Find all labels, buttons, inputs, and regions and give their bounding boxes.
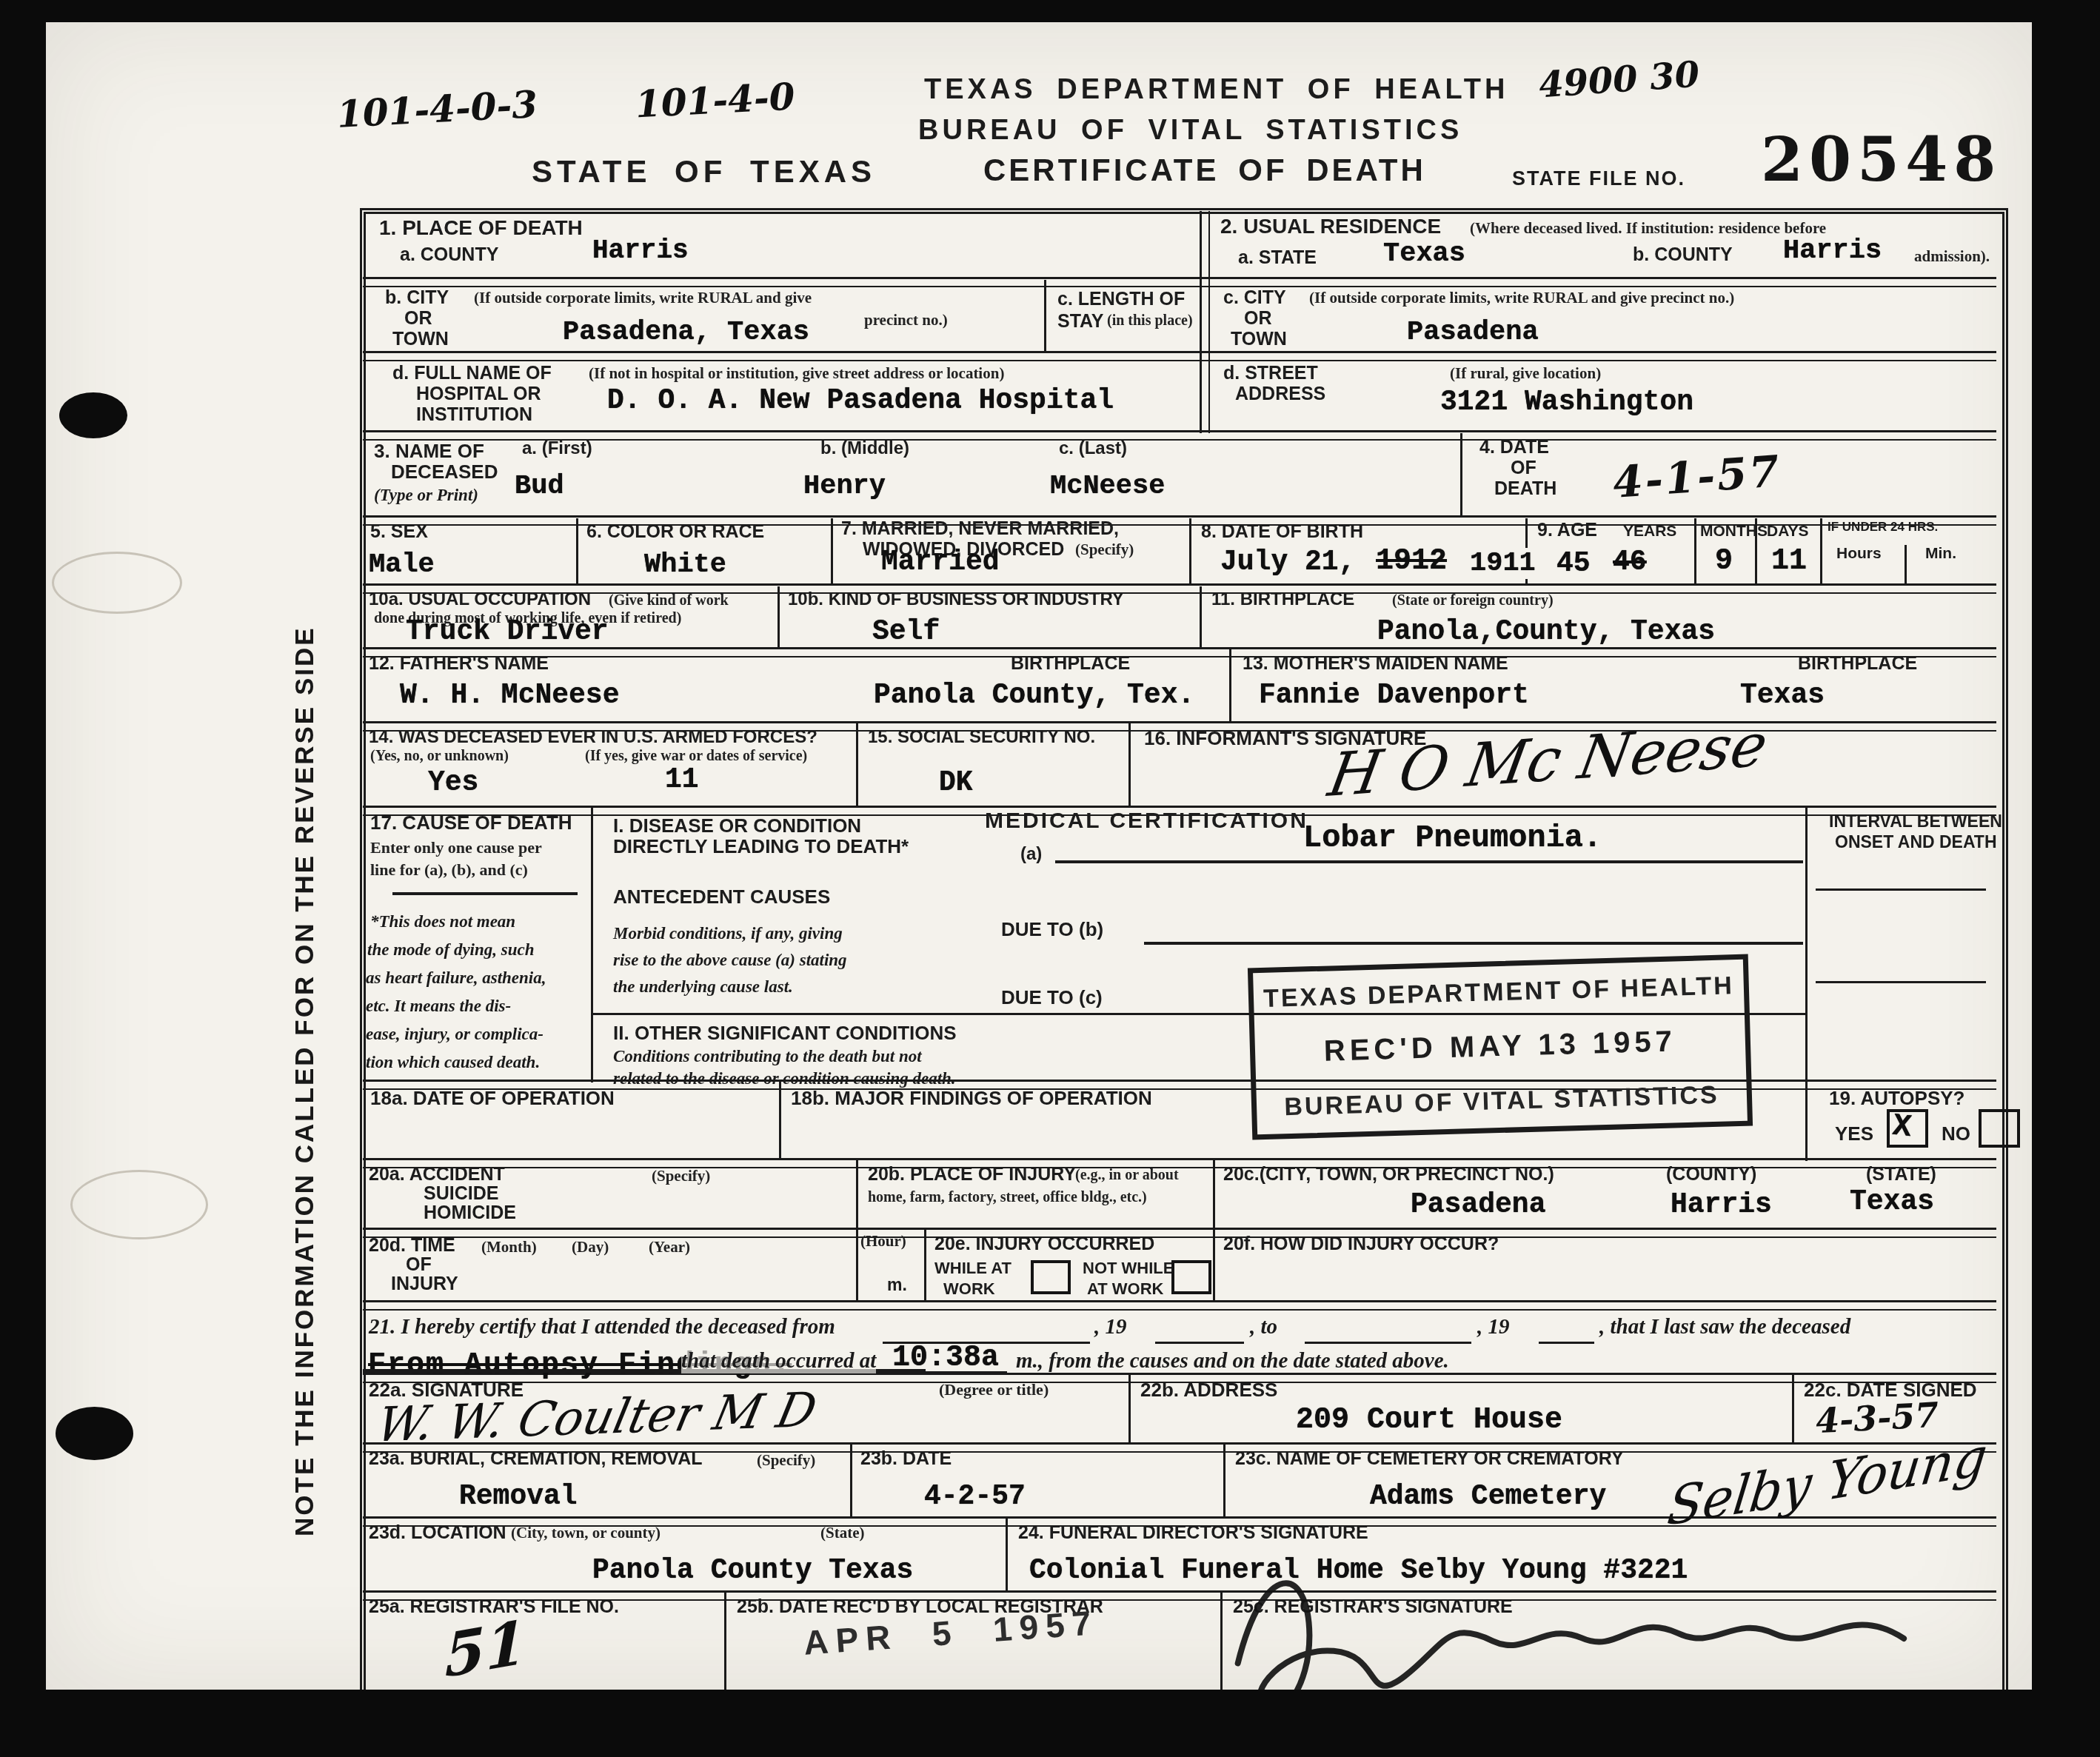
- s18a-label: 18a. DATE OF OPERATION: [370, 1087, 615, 1110]
- s22b-address-value: 209 Court House: [1296, 1404, 1562, 1437]
- s1a-county-label: a. COUNTY: [400, 244, 498, 266]
- s1b-city-note2: precinct no.): [864, 311, 948, 329]
- due-c-label: DUE TO (c): [1001, 986, 1103, 1009]
- s20c-city-value: Pasadena: [1411, 1189, 1545, 1221]
- s23c-value: Adams Cemetery: [1370, 1481, 1606, 1513]
- s23b-label: 23b. DATE: [860, 1448, 952, 1470]
- s14-forces-note1: (Yes, no, or unknown): [370, 748, 509, 765]
- s17-note1b: line for (a), (b), and (c): [370, 860, 528, 880]
- state-file-no-label: STATE FILE NO.: [1512, 167, 1685, 190]
- s23d-note: (City, town, or county): [511, 1524, 661, 1542]
- s23a-value: Removal: [459, 1481, 578, 1513]
- s11-birthplace-note: (State or foreign country): [1392, 592, 1554, 609]
- s1d-hosp-label: d. FULL NAME OF: [392, 363, 552, 384]
- s20d-label1: 20d. TIME: [369, 1235, 455, 1256]
- s11-birthplace-label: 11. BIRTHPLACE: [1211, 589, 1354, 610]
- s19-no-label: NO: [1942, 1122, 1970, 1145]
- s2d-street-label2: ADDRESS: [1235, 384, 1325, 405]
- certify-line1a: 21. I hereby certify that I attended the…: [369, 1315, 835, 1339]
- punch-hole: [59, 392, 127, 438]
- s23d-label: 23d. LOCATION: [369, 1522, 506, 1544]
- s12-father-value: W. H. McNeese: [400, 680, 619, 712]
- stamp-line2: REC'D MAY 13 1957: [1323, 1025, 1676, 1068]
- s22a-degree-label: (Degree or title): [939, 1380, 1049, 1399]
- s23b-value: 4-2-57: [924, 1481, 1026, 1513]
- s4-dod-label2: OF: [1511, 458, 1536, 479]
- scan-edge-bottom: [0, 1690, 2100, 1757]
- s2d-street-note: (If rural, give location): [1450, 364, 1601, 383]
- s23d-value: Panola County Texas: [592, 1555, 913, 1587]
- scan-edge-left: [0, 0, 46, 1757]
- scan-edge-top: [0, 0, 2100, 22]
- s20b-note1: (e.g., in or about: [1075, 1167, 1179, 1184]
- s11-birthplace-value: Panola,County, Texas: [1377, 616, 1715, 648]
- s9-under24-label: IF UNDER 24 HRS.: [1828, 520, 1938, 535]
- other-note1: Conditions contributing to the death but…: [613, 1047, 922, 1066]
- s8-dob-corrected: 1911: [1470, 548, 1536, 579]
- s10a-occ-note: (Give kind of work: [609, 592, 729, 609]
- s5-sex-value: Male: [369, 549, 435, 580]
- s17-note2e: ease, injury, or complica-: [366, 1025, 544, 1044]
- s6-race-label: 6. COLOR OR RACE: [586, 521, 764, 543]
- s12-father-bp-value: Panola County, Tex.: [874, 680, 1194, 712]
- s17-note2f: tion which caused death.: [366, 1053, 540, 1072]
- s2-title: 2. USUAL RESIDENCE: [1220, 215, 1441, 238]
- s5-sex-label: 5. SEX: [370, 521, 428, 543]
- s9-days-value: 11: [1771, 545, 1807, 578]
- bureau-title: BUREAU OF VITAL STATISTICS: [918, 115, 1462, 147]
- s17-cause-label: 17. CAUSE OF DEATH: [370, 811, 572, 834]
- s3-title3: (Type or Print): [374, 486, 478, 505]
- received-stamp: TEXAS DEPARTMENT OF HEALTH REC'D MAY 13 …: [1248, 954, 1753, 1140]
- autopsy-yes-mark: X: [1891, 1108, 1913, 1145]
- s20d-year: (Year): [649, 1238, 690, 1256]
- s23a-label: 23a. BURIAL, CREMATION, REMOVAL: [369, 1448, 703, 1470]
- s7-marital-value: Married: [881, 546, 1000, 578]
- s13-mother-value: Fannie Davenport: [1259, 680, 1529, 712]
- certify-line2b: m., from the causes and on the date stat…: [1016, 1349, 1449, 1373]
- s20d-label3: INJURY: [391, 1274, 458, 1295]
- antecedent-note1: Morbid conditions, if any, giving: [613, 924, 843, 943]
- s20a-label3: HOMICIDE: [424, 1202, 516, 1224]
- s7-marital-note: (Specify): [1075, 541, 1134, 559]
- s2c-town: TOWN: [1231, 329, 1287, 350]
- s2c-city-note: (If outside corporate limits, write RURA…: [1309, 289, 1734, 307]
- handwritten-code-left2: 101-4-0: [635, 74, 796, 126]
- punch-hole-faint: [70, 1170, 208, 1239]
- s20c-county-label: (COUNTY): [1666, 1164, 1756, 1185]
- s1c-stay-label2: STAY: [1057, 311, 1104, 332]
- s3-last-label: c. (Last): [1059, 438, 1127, 459]
- other-label: II. OTHER SIGNIFICANT CONDITIONS: [613, 1022, 957, 1045]
- s20a-label1: 20a. ACCIDENT: [369, 1164, 505, 1185]
- certify-line2a: that death occurred at: [681, 1349, 876, 1373]
- other-note2: related to the disease or condition caus…: [613, 1069, 956, 1088]
- s1d-hospital-value: D. O. A. New Pasadena Hospital: [607, 385, 1114, 417]
- s20b-note2: home, farm, factory, street, office bldg…: [868, 1189, 1147, 1206]
- s1b-city-value: Pasadena, Texas: [563, 317, 809, 348]
- s25a-file-no: 51: [445, 1607, 526, 1692]
- s20a-label2: SUICIDE: [424, 1183, 498, 1205]
- s17-note2c: as heart failure, asthenia,: [366, 968, 546, 988]
- s20a-note: (Specify): [652, 1167, 710, 1185]
- state-file-number: 20548: [1761, 124, 2002, 195]
- s20b-label: 20b. PLACE OF INJURY: [868, 1164, 1076, 1185]
- disease-label2: DIRECTLY LEADING TO DEATH*: [613, 835, 909, 858]
- punch-hole-faint: [52, 552, 182, 614]
- s3-title1: 3. NAME OF: [374, 440, 484, 463]
- antecedent-note3: the underlying cause last.: [613, 977, 793, 997]
- s20d-month: (Month): [481, 1238, 537, 1256]
- punch-hole: [56, 1407, 133, 1460]
- s23d-state-note: (State): [820, 1524, 864, 1542]
- s14-war-value: 11: [665, 764, 699, 796]
- due-b-label: DUE TO (b): [1001, 918, 1103, 941]
- s8-dob-label: 8. DATE OF BIRTH: [1201, 521, 1363, 543]
- s17-note1a: Enter only one cause per: [370, 838, 542, 857]
- s12-father-label: 12. FATHER'S NAME: [369, 653, 549, 675]
- s1b-city-label: b. CITY: [385, 287, 449, 309]
- certificate-title: CERTIFICATE OF DEATH: [983, 153, 1426, 188]
- s1d-hosp-note: (If not in hospital or institution, give…: [589, 364, 1004, 383]
- s1c-stay-note: (in this place): [1107, 312, 1193, 329]
- s17-note2d: etc. It means the dis-: [366, 997, 511, 1016]
- s9-hours-label: Hours: [1836, 545, 1882, 563]
- s20f-label: 20f. HOW DID INJURY OCCUR?: [1223, 1234, 1499, 1255]
- s2d-street-label: d. STREET: [1223, 363, 1318, 384]
- s23c-label: 23c. NAME OF CEMETERY OR CREMATORY: [1235, 1448, 1624, 1470]
- s17-note2b: the mode of dying, such: [367, 940, 535, 960]
- s9-min-label: Min.: [1925, 545, 1956, 563]
- s9-age-label: 9. AGE: [1537, 520, 1597, 541]
- stamp-line1: TEXAS DEPARTMENT OF HEALTH: [1263, 971, 1735, 1014]
- s1b-or: OR: [404, 308, 432, 329]
- disease-a: (a): [1020, 844, 1042, 865]
- s7-marital-label: 7. MARRIED, NEVER MARRIED,: [841, 518, 1119, 540]
- dept-title: TEXAS DEPARTMENT OF HEALTH: [924, 74, 1508, 106]
- s2c-or: OR: [1244, 308, 1272, 329]
- s2a-state-value: Texas: [1383, 238, 1465, 270]
- s2-title-note2: admission).: [1914, 247, 1990, 266]
- s1c-stay-label: c. LENGTH OF: [1057, 289, 1185, 310]
- s9-months-label: MONTHS: [1700, 523, 1768, 541]
- s20e-label: 20e. INJURY OCCURRED: [934, 1234, 1154, 1255]
- disease-value: Lobar Pneumonia.: [1303, 820, 1602, 856]
- s20c-state-label: (STATE): [1866, 1164, 1936, 1185]
- s20c-state-value: Texas: [1850, 1186, 1934, 1218]
- s2d-street-value: 3121 Washington: [1440, 386, 1693, 418]
- s19-yes-label: YES: [1835, 1122, 1873, 1145]
- not-while-at-work-checkbox[interactable]: [1171, 1260, 1211, 1294]
- disease-label1: I. DISEASE OR CONDITION: [613, 814, 861, 837]
- s20e-while2: WORK: [943, 1279, 995, 1299]
- s13-mother-bp-label: BIRTHPLACE: [1798, 653, 1917, 675]
- s3-middle-value: Henry: [803, 471, 886, 502]
- s9-years-label: YEARS: [1623, 523, 1676, 541]
- s3-last-value: McNeese: [1050, 471, 1165, 502]
- s20e-notwhile1: NOT WHILE: [1083, 1259, 1174, 1278]
- s1-title: 1. PLACE OF DEATH: [379, 216, 583, 240]
- s15-ssn-value: DK: [939, 767, 973, 799]
- autopsy-no-checkbox[interactable]: [1979, 1109, 2020, 1148]
- s20e-while1: WHILE AT: [934, 1259, 1011, 1278]
- certify-line1c: , to: [1250, 1315, 1277, 1339]
- s17-note2a: *This does not mean: [370, 912, 515, 931]
- interval-label1: INTERVAL BETWEEN: [1829, 811, 2002, 831]
- s14-forces-value: Yes: [428, 767, 478, 799]
- s22c-date-value: 4-3-57: [1815, 1395, 1940, 1442]
- scan-edge-right: [2032, 0, 2100, 1757]
- s2b-county-label: b. COUNTY: [1633, 244, 1733, 266]
- certify-time-value: 10:38a: [892, 1342, 999, 1375]
- certify-line1e: , that I last saw the deceased: [1599, 1315, 1850, 1339]
- s9-months-value: 9: [1715, 545, 1733, 578]
- s6-race-value: White: [644, 549, 726, 580]
- s13-mother-label: 13. MOTHER'S MAIDEN NAME: [1243, 653, 1508, 675]
- s20e-notwhile2: AT WORK: [1087, 1279, 1163, 1299]
- s2a-state-label: a. STATE: [1238, 247, 1317, 269]
- s10b-industry-value: Self: [872, 616, 940, 648]
- stamp-line3: BUREAU OF VITAL STATISTICS: [1284, 1081, 1719, 1122]
- while-at-work-checkbox[interactable]: [1031, 1260, 1071, 1294]
- s15-ssn-label: 15. SOCIAL SECURITY NO.: [868, 727, 1095, 748]
- s1b-town: TOWN: [392, 329, 449, 350]
- s1d-hosp-label2: HOSPITAL OR: [416, 384, 541, 405]
- s1d-hosp-label3: INSTITUTION: [416, 404, 532, 426]
- s8-dob-value: July 21,: [1220, 546, 1355, 578]
- interval-label2: ONSET AND DEATH: [1835, 832, 1997, 852]
- s20c-county-value: Harris: [1671, 1189, 1772, 1221]
- antecedent-label: ANTECEDENT CAUSES: [613, 886, 830, 908]
- medical-heading: MEDICAL CERTIFICATION: [985, 809, 1308, 834]
- s20d-m: m.: [887, 1275, 907, 1295]
- s3-first-label: a. (First): [522, 438, 592, 459]
- s1b-city-note: (If outside corporate limits, write RURA…: [474, 289, 812, 307]
- s19-autopsy-label: 19. AUTOPSY?: [1829, 1087, 1965, 1110]
- s14-forces-note2: (If yes, give war or dates of service): [585, 748, 807, 765]
- s13-mother-bp-value: Texas: [1740, 680, 1825, 712]
- s23a-note: (Specify): [757, 1451, 815, 1470]
- s20d-label2: OF: [406, 1254, 432, 1276]
- s10b-industry-label: 10b. KIND OF BUSINESS OR INDUSTRY: [788, 589, 1124, 610]
- s3-title2: DECEASED: [391, 461, 498, 483]
- s9-age-struck: 46: [1613, 546, 1647, 578]
- s20d-hour: (Hour): [860, 1232, 906, 1251]
- s1a-county-value: Harris: [592, 235, 689, 266]
- s9-age-value: 45: [1556, 548, 1591, 580]
- s3-first-value: Bud: [515, 471, 564, 502]
- s8-dob-struck: 1912: [1376, 545, 1447, 578]
- s2c-city-value: Pasadena: [1407, 317, 1539, 348]
- state-of-texas: STATE OF TEXAS: [532, 154, 876, 190]
- s20d-day: (Day): [572, 1238, 609, 1256]
- death-certificate-scan: NOTE THE INFORMATION CALLED FOR ON THE R…: [0, 0, 2100, 1757]
- s12-father-bp-label: BIRTHPLACE: [1011, 653, 1130, 675]
- s3-middle-label: b. (Middle): [820, 438, 909, 459]
- s9-days-label: DAYS: [1767, 523, 1808, 541]
- s14-forces-label: 14. WAS DECEASED EVER IN U.S. ARMED FORC…: [369, 727, 817, 748]
- s18b-label: 18b. MAJOR FINDINGS OF OPERATION: [791, 1087, 1152, 1110]
- certify-line1b: , 19: [1094, 1315, 1127, 1339]
- s10a-occ-label: 10a. USUAL OCCUPATION: [369, 589, 591, 610]
- s2-title-note: (Where deceased lived. If institution: r…: [1470, 219, 1826, 238]
- s20c-label: 20c.(CITY, TOWN, OR PRECINCT NO.): [1223, 1164, 1554, 1185]
- s10a-occ-value: Truck Driver: [406, 616, 609, 648]
- antecedent-note2: rise to the above cause (a) stating: [613, 951, 847, 970]
- reverse-side-note: NOTE THE INFORMATION CALLED FOR ON THE R…: [290, 455, 320, 1536]
- s4-dod-label1: 4. DATE: [1479, 437, 1549, 458]
- s22b-address-label: 22b. ADDRESS: [1140, 1379, 1277, 1402]
- s2b-county-value: Harris: [1783, 235, 1882, 267]
- s4-dod-label3: DEATH: [1494, 478, 1556, 500]
- s2c-city-label: c. CITY: [1223, 287, 1286, 309]
- certify-line1d: , 19: [1477, 1315, 1510, 1339]
